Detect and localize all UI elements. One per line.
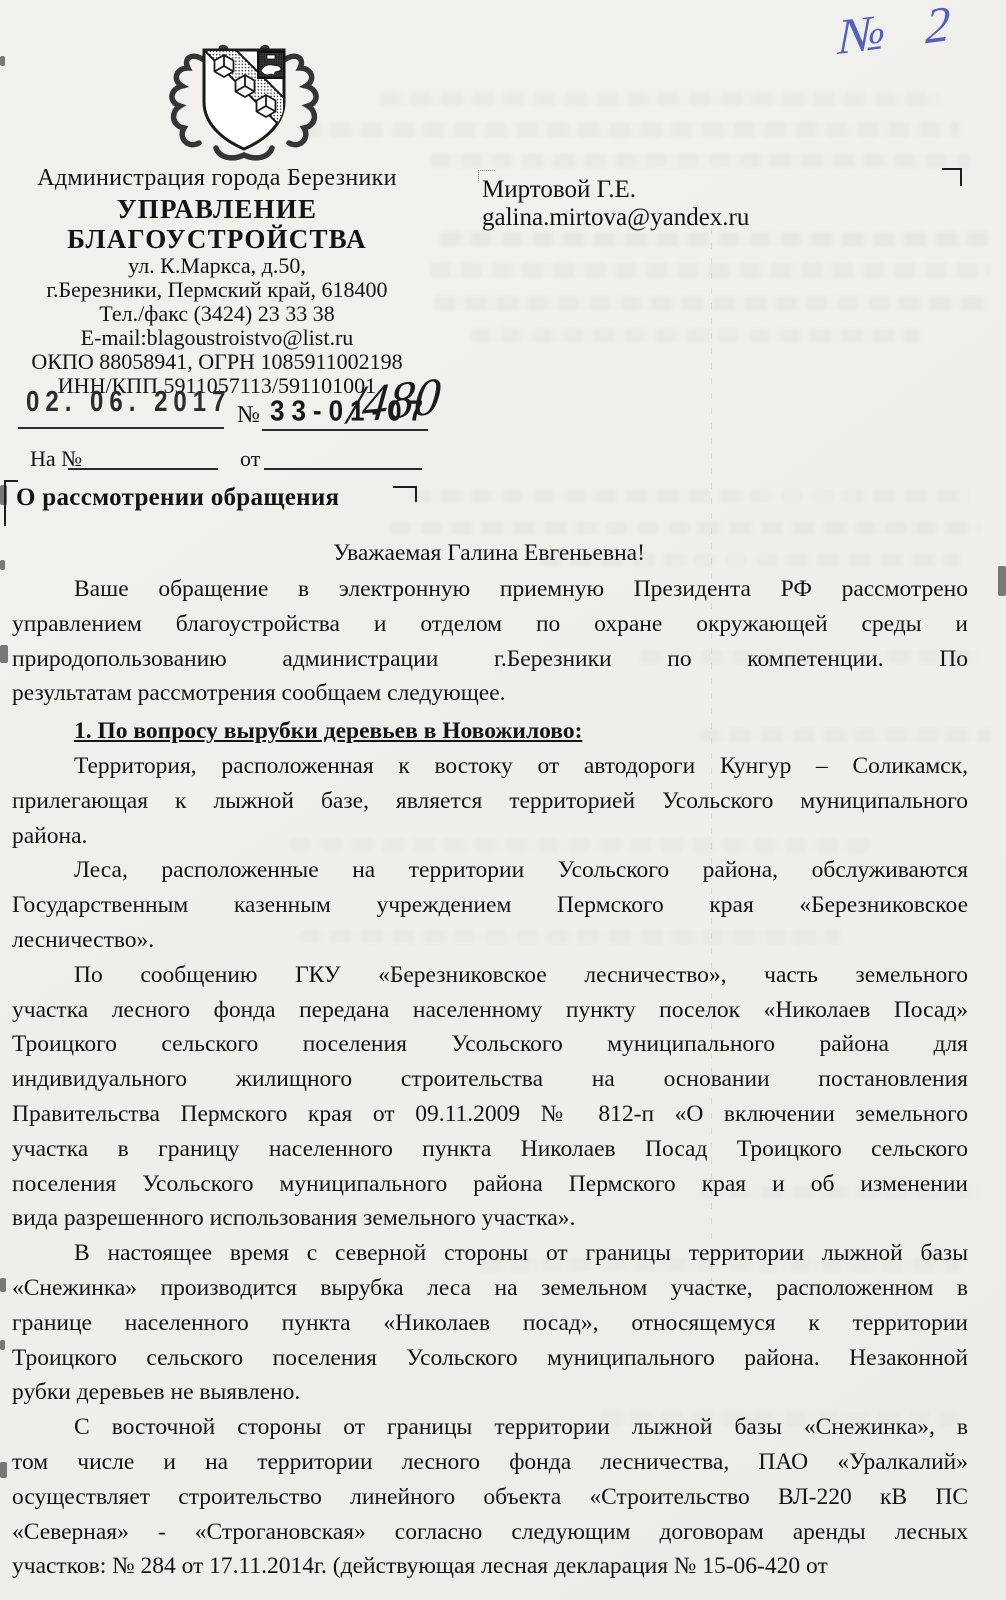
corner-mark xyxy=(393,486,417,502)
body-line: Троицкого сельского поселения Усольского… xyxy=(12,1341,968,1376)
salutation: Уважаемая Галина Евгеньевна! xyxy=(10,540,968,567)
body-line: прилегающая к лыжной базе, является терр… xyxy=(12,784,968,819)
body-line: том числе и на территории лесного фонда … xyxy=(12,1445,968,1480)
bleed-through xyxy=(380,92,940,106)
body-line: результатам рассмотрения сообщаем следую… xyxy=(12,676,968,711)
body-line: района. xyxy=(12,819,968,854)
body-paragraph: Ваше обращение в электронную приемную Пр… xyxy=(12,572,968,711)
body-paragraph: С восточной стороны от границы территори… xyxy=(12,1410,968,1584)
date-blank-line xyxy=(18,427,224,429)
org-okpo-ogrn: ОКПО 88058941, ОГРН 1085911002198 xyxy=(8,350,426,374)
body-line: «Снежинка» производится вырубка леса на … xyxy=(12,1271,968,1306)
handwritten-number-suffix: /480 xyxy=(345,367,443,437)
bleed-through xyxy=(300,123,960,137)
body-line: Правительства Пермского края от 09.11.20… xyxy=(12,1097,968,1132)
org-address-line2: г.Березники, Пермский край, 618400 xyxy=(8,278,426,302)
body-line: По сообщению ГКУ «Березниковское лесниче… xyxy=(12,958,968,993)
body-line: Территория, расположенная к востоку от а… xyxy=(12,749,968,784)
scan-artifact xyxy=(0,1340,5,1350)
date-stamp: 02. 06. 2017 xyxy=(26,386,231,420)
body-line: индивидуального жилищного строительства … xyxy=(12,1062,968,1097)
body-line: осуществляет строительство линейного объ… xyxy=(12,1480,968,1515)
bleed-through xyxy=(410,489,970,503)
body-line: участков: № 284 от 17.11.2014г. (действу… xyxy=(12,1549,968,1584)
body-line: Троицкого сельского поселения Усольского… xyxy=(12,1027,968,1062)
body-line: участка лесного фонда передана населенно… xyxy=(12,993,968,1028)
body-line: рубки деревьев не выявлено. xyxy=(12,1375,968,1410)
in-reply-blank-line xyxy=(68,468,218,470)
number-label: № xyxy=(237,402,260,429)
bleed-through xyxy=(430,263,990,277)
letterhead: Администрация города Березники УПРАВЛЕНИ… xyxy=(8,166,426,398)
body-line: границе населенного пункта «Николаев пос… xyxy=(12,1306,968,1341)
scanned-letter-page: № 2 xyxy=(0,0,1006,1600)
body-line: вида разрешенного использования земельно… xyxy=(12,1201,968,1236)
subject-line: О рассмотрении обращения xyxy=(16,484,339,512)
scan-artifact xyxy=(0,1462,7,1478)
body-line: Ваше обращение в электронную приемную Пр… xyxy=(12,572,968,607)
bleed-through xyxy=(430,154,970,168)
bleed-through xyxy=(390,521,980,535)
scan-artifact xyxy=(0,56,5,66)
corner-mark xyxy=(942,168,962,186)
handwritten-note: № 2 xyxy=(838,0,965,66)
letter-body: Ваше обращение в электронную приемную Пр… xyxy=(12,572,968,1584)
body-line: Леса, расположенные на территории Усольс… xyxy=(12,853,968,888)
from-date-label: от xyxy=(240,446,260,472)
body-line: участка в границу населенного пункта Ник… xyxy=(12,1132,968,1167)
addressee-email: galina.mirtova@yandex.ru xyxy=(482,204,749,232)
section-heading: 1. По вопросу вырубки деревьев в Новожил… xyxy=(12,714,968,749)
berezniki-coat-of-arms-icon xyxy=(158,44,330,164)
body-line: лесничество». xyxy=(12,923,968,958)
body-line: Государственным казенным учреждением Пер… xyxy=(12,888,968,923)
scan-artifact xyxy=(0,645,8,663)
from-date-blank-line xyxy=(264,468,422,470)
org-parent-name: Администрация города Березники xyxy=(8,166,426,190)
body-paragraph: Территория, расположенная к востоку от а… xyxy=(12,749,968,853)
body-line: «Северная» - «Строгановская» согласно сл… xyxy=(12,1515,968,1550)
org-name-line2: БЛАГОУСТРОЙСТВА xyxy=(8,224,426,254)
body-line: поселения Усольского муниципального райо… xyxy=(12,1167,968,1202)
scan-artifact xyxy=(0,560,5,570)
org-address-line1: ул. К.Маркса, д.50, xyxy=(8,254,426,278)
body-paragraph: В настоящее время с северной стороны от … xyxy=(12,1236,968,1410)
org-name-line1: УПРАВЛЕНИЕ xyxy=(8,194,426,224)
addressee-block: Миртовой Г.Е. galina.mirtova@yandex.ru xyxy=(482,176,749,232)
addressee-name: Миртовой Г.Е. xyxy=(482,176,749,204)
body-line: природопользованию администрации г.Берез… xyxy=(12,642,968,677)
body-line: В настоящее время с северной стороны от … xyxy=(12,1236,968,1271)
bleed-through xyxy=(470,328,920,342)
body-paragraph: Леса, расположенные на территории Усольс… xyxy=(12,853,968,957)
body-line: управлением благоустройства и отделом по… xyxy=(12,607,968,642)
bleed-through xyxy=(440,232,990,246)
body-line: 1. По вопросу вырубки деревьев в Новожил… xyxy=(12,714,968,749)
scan-artifact xyxy=(998,566,1006,596)
body-paragraph: По сообщению ГКУ «Березниковское лесниче… xyxy=(12,958,968,1236)
org-phone: Тел./факс (3424) 23 33 38 xyxy=(8,302,426,326)
bleed-through xyxy=(435,296,990,310)
org-email: E-mail:blagoustroistvo@list.ru xyxy=(8,326,426,350)
scan-artifact xyxy=(0,1278,6,1292)
body-line: С восточной стороны от границы территори… xyxy=(12,1410,968,1445)
